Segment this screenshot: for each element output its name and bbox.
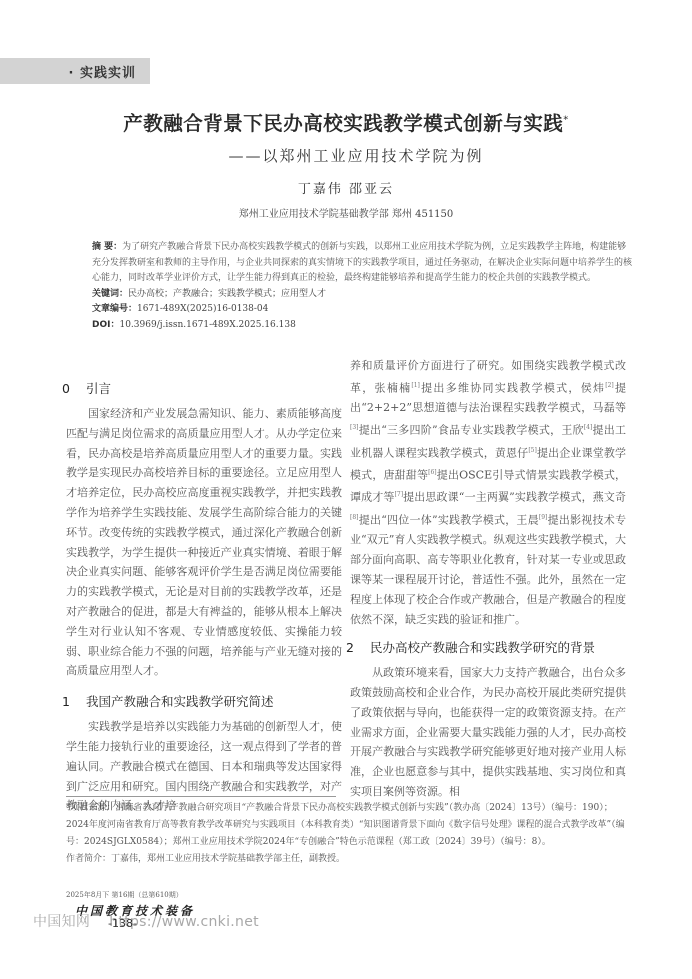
section-heading-1: 1我国产教融合和实践教学研究简述	[62, 691, 342, 713]
cnki-watermark: 中国知网 https://www.cnki.net	[33, 911, 259, 931]
issue-info: 2025年8月下 第16期（总第610期）	[66, 890, 183, 900]
article-number: 文章编号：1671-489X(2025)16-0138-04	[92, 302, 632, 318]
section-title: 引言	[86, 381, 111, 396]
text-run: 提出思政课“一主两翼”实践教学模式，燕文奇	[403, 491, 626, 504]
citation-1[interactable]: [1]	[411, 382, 420, 389]
abstract-block: 摘 要：为了研究产教融合背景下民办高校实践教学模式的创新与实践，以郑州工业应用技…	[92, 240, 632, 333]
section-heading-2: 2民办高校产教融合和实践教学研究的背景	[346, 637, 626, 659]
abstract: 摘 要：为了研究产教融合背景下民办高校实践教学模式的创新与实践，以郑州工业应用技…	[92, 240, 632, 287]
citation-2[interactable]: [2]	[605, 382, 614, 389]
keywords-label: 关键词：	[92, 289, 128, 299]
citation-5[interactable]: [5]	[528, 447, 537, 454]
footnote-divider	[66, 796, 336, 797]
keywords: 关键词：民办高校；产教融合；实践教学模式；应用型人才	[92, 287, 632, 303]
article-number-value: 1671-489X(2025)16-0138-04	[137, 304, 268, 314]
paragraph: 从政策环境来看，国家大力支持产教融合，出台众多政策鼓励高校和企业合作，为民办高校…	[350, 663, 626, 802]
section-tag: · 实践实训	[0, 58, 150, 84]
citation-6[interactable]: [6]	[428, 469, 437, 476]
doi-label: DOI：	[92, 320, 119, 330]
article-subtitle: ——以郑州工业应用技术学院为例	[0, 145, 692, 166]
page-number: -138-	[108, 917, 137, 930]
text-run: 提出多维协同实践教学模式，侯炜	[420, 381, 605, 394]
citation-3[interactable]: [3]	[350, 424, 359, 431]
citation-7[interactable]: [7]	[395, 491, 404, 498]
paragraph: 国家经济和产业发展急需知识、能力、素质能够高度匹配与满足岗位需求的高质量应用型人…	[66, 404, 342, 681]
abstract-text: 为了研究产教融合背景下民办高校实践教学模式的创新与实践，以郑州工业应用技术学院为…	[92, 242, 632, 283]
doi-value[interactable]: 10.3969/j.issn.1671-489X.2025.16.138	[119, 320, 295, 330]
title-footnote-mark: *	[563, 115, 569, 126]
section-number: 0	[62, 378, 86, 400]
left-column: 0引言 国家经济和产业发展急需知识、能力、素质能够高度匹配与满足岗位需求的高质量…	[66, 372, 342, 816]
section-heading-0: 0引言	[62, 378, 342, 400]
funding-note: *项目来源：河南省教育厅产教融合研究项目“产教融合背景下民办高校实践教学模式创新…	[66, 800, 626, 851]
article-authors: 丁嘉伟 邵亚云	[0, 178, 692, 197]
author-affiliation: 郑州工业应用技术学院基础教学部 郑州 451150	[0, 205, 692, 220]
section-number: 1	[62, 691, 86, 713]
text-run: 提出“四位一体”实践教学模式，王晨	[359, 514, 539, 527]
citation-8[interactable]: [8]	[350, 514, 359, 521]
footnotes: *项目来源：河南省教育厅产教融合研究项目“产教融合背景下民办高校实践教学模式创新…	[66, 800, 626, 868]
text-run: 提出“三多四阶”食品专业实践教学模式，王欣	[359, 424, 584, 437]
keywords-text: 民办高校；产教融合；实践教学模式；应用型人才	[128, 289, 326, 299]
right-column: 养和质量评价方面进行了研究。如围绕实践教学模式改革，张楠楠[1]提出多维协同实践…	[350, 356, 626, 802]
paragraph-continued: 养和质量评价方面进行了研究。如围绕实践教学模式改革，张楠楠[1]提出多维协同实践…	[350, 356, 626, 629]
section-number: 2	[346, 637, 370, 659]
author-bio: 作者简介：丁嘉伟，郑州工业应用技术学院基础教学部主任，副教授。	[66, 851, 626, 868]
text-run: 提出影视技术专业“双元”育人实践教学模式。纵观这些实践教学模式，大部分面向高职、…	[350, 514, 626, 626]
doi: DOI：10.3969/j.issn.1671-489X.2025.16.138	[92, 318, 632, 334]
article-number-label: 文章编号：	[92, 304, 137, 314]
article-title: 产教融合背景下民办高校实践教学模式创新与实践*	[0, 108, 692, 136]
section-title: 我国产教融合和实践教学研究简述	[86, 694, 274, 709]
abstract-label: 摘 要：	[92, 242, 122, 252]
section-title: 民办高校产教融合和实践教学研究的背景	[370, 640, 595, 655]
article-title-text: 产教融合背景下民办高校实践教学模式创新与实践	[123, 112, 563, 135]
